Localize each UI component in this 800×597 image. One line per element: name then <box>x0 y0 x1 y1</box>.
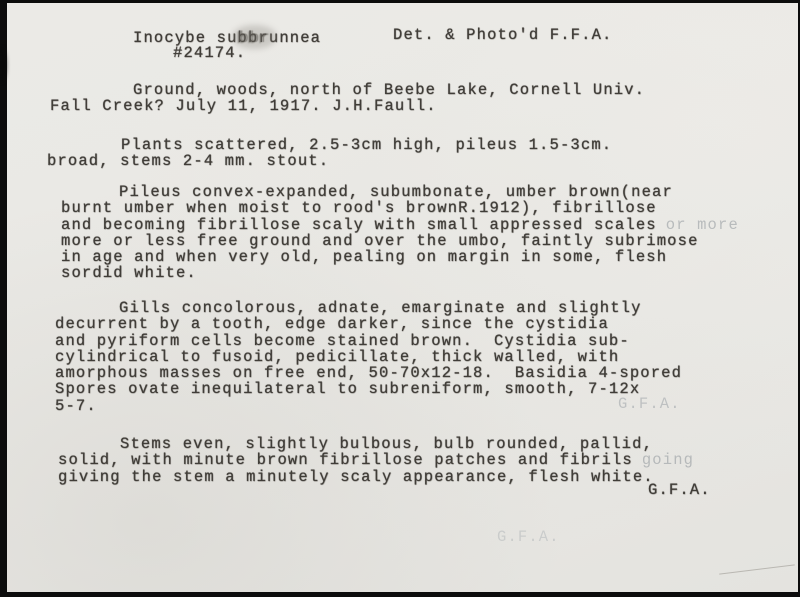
pileus-line: more or less free ground and over the um… <box>61 233 739 249</box>
stems-line: solid, with minute brown fibrillose patc… <box>58 452 694 468</box>
examiner-initials-faint: G.F.A. <box>618 396 681 412</box>
pileus-line: Pileus convex-expanded, subumbonate, umb… <box>61 184 739 200</box>
paragraph-gills: Gills concolorous, adnate, emarginate an… <box>55 300 682 414</box>
pileus-line: and becoming fibrillose scaly with small… <box>61 217 739 233</box>
paragraph-stems: Stems even, slightly bulbous, bulb round… <box>58 436 694 485</box>
stems-line: Stems even, slightly bulbous, bulb round… <box>58 436 694 452</box>
paragraph-habit: Plants scattered, 2.5-3cm high, pileus 1… <box>47 137 612 170</box>
species-name-suffix: unnea <box>269 29 321 47</box>
paper-background: Inocybe subbrunnea Det. & Photo'd F.F.A.… <box>7 3 798 592</box>
examiner-initials-ghost: G.F.A. <box>497 529 560 545</box>
stems-line: giving the stem a minutely scaly appeara… <box>58 469 694 485</box>
gills-line: cylindrical to fusoid, pedicillate, thic… <box>55 349 682 365</box>
scan-edge-smudge <box>0 48 6 82</box>
scan-scratch-mark <box>719 564 795 574</box>
accession-number: #24174. <box>173 45 246 61</box>
examiner-initials: G.F.A. <box>648 482 711 498</box>
gills-line: amorphous masses on free end, 50-70x12-1… <box>55 365 682 381</box>
location-line: Fall Creek? July 11, 1917. J.H.Faull. <box>50 98 645 114</box>
habit-line: broad, stems 2-4 mm. stout. <box>47 153 612 169</box>
pileus-line-text: and becoming fibrillose scaly with small… <box>61 216 657 234</box>
gills-line: decurrent by a tooth, edge darker, since… <box>55 316 682 332</box>
paragraph-pileus: Pileus convex-expanded, subumbonate, umb… <box>61 184 739 282</box>
pileus-ghost-text: or more <box>666 216 739 234</box>
location-line: Ground, woods, north of Beebe Lake, Corn… <box>103 82 645 98</box>
scanned-specimen-card: Inocybe subbrunnea Det. & Photo'd F.F.A.… <box>0 0 800 597</box>
gills-line: Spores ovate inequilateral to subrenifor… <box>55 381 682 397</box>
stems-line-text: solid, with minute brown fibrillose patc… <box>58 451 633 469</box>
gills-line: Gills concolorous, adnate, emarginate an… <box>55 300 682 316</box>
paragraph-location: Ground, woods, north of Beebe Lake, Corn… <box>103 82 645 115</box>
habit-line: Plants scattered, 2.5-3cm high, pileus 1… <box>47 137 612 153</box>
pileus-line: burnt umber when moist to rood's brownR.… <box>61 200 739 216</box>
pileus-line: sordid white. <box>61 265 739 281</box>
stems-ghost-text: going <box>642 451 694 469</box>
determination-line: Det. & Photo'd F.F.A. <box>393 27 612 43</box>
gills-line: 5-7. <box>55 398 682 414</box>
pileus-line: in age and when very old, pealing on mar… <box>61 249 739 265</box>
gills-line: and pyriform cells become stained brown.… <box>55 333 682 349</box>
